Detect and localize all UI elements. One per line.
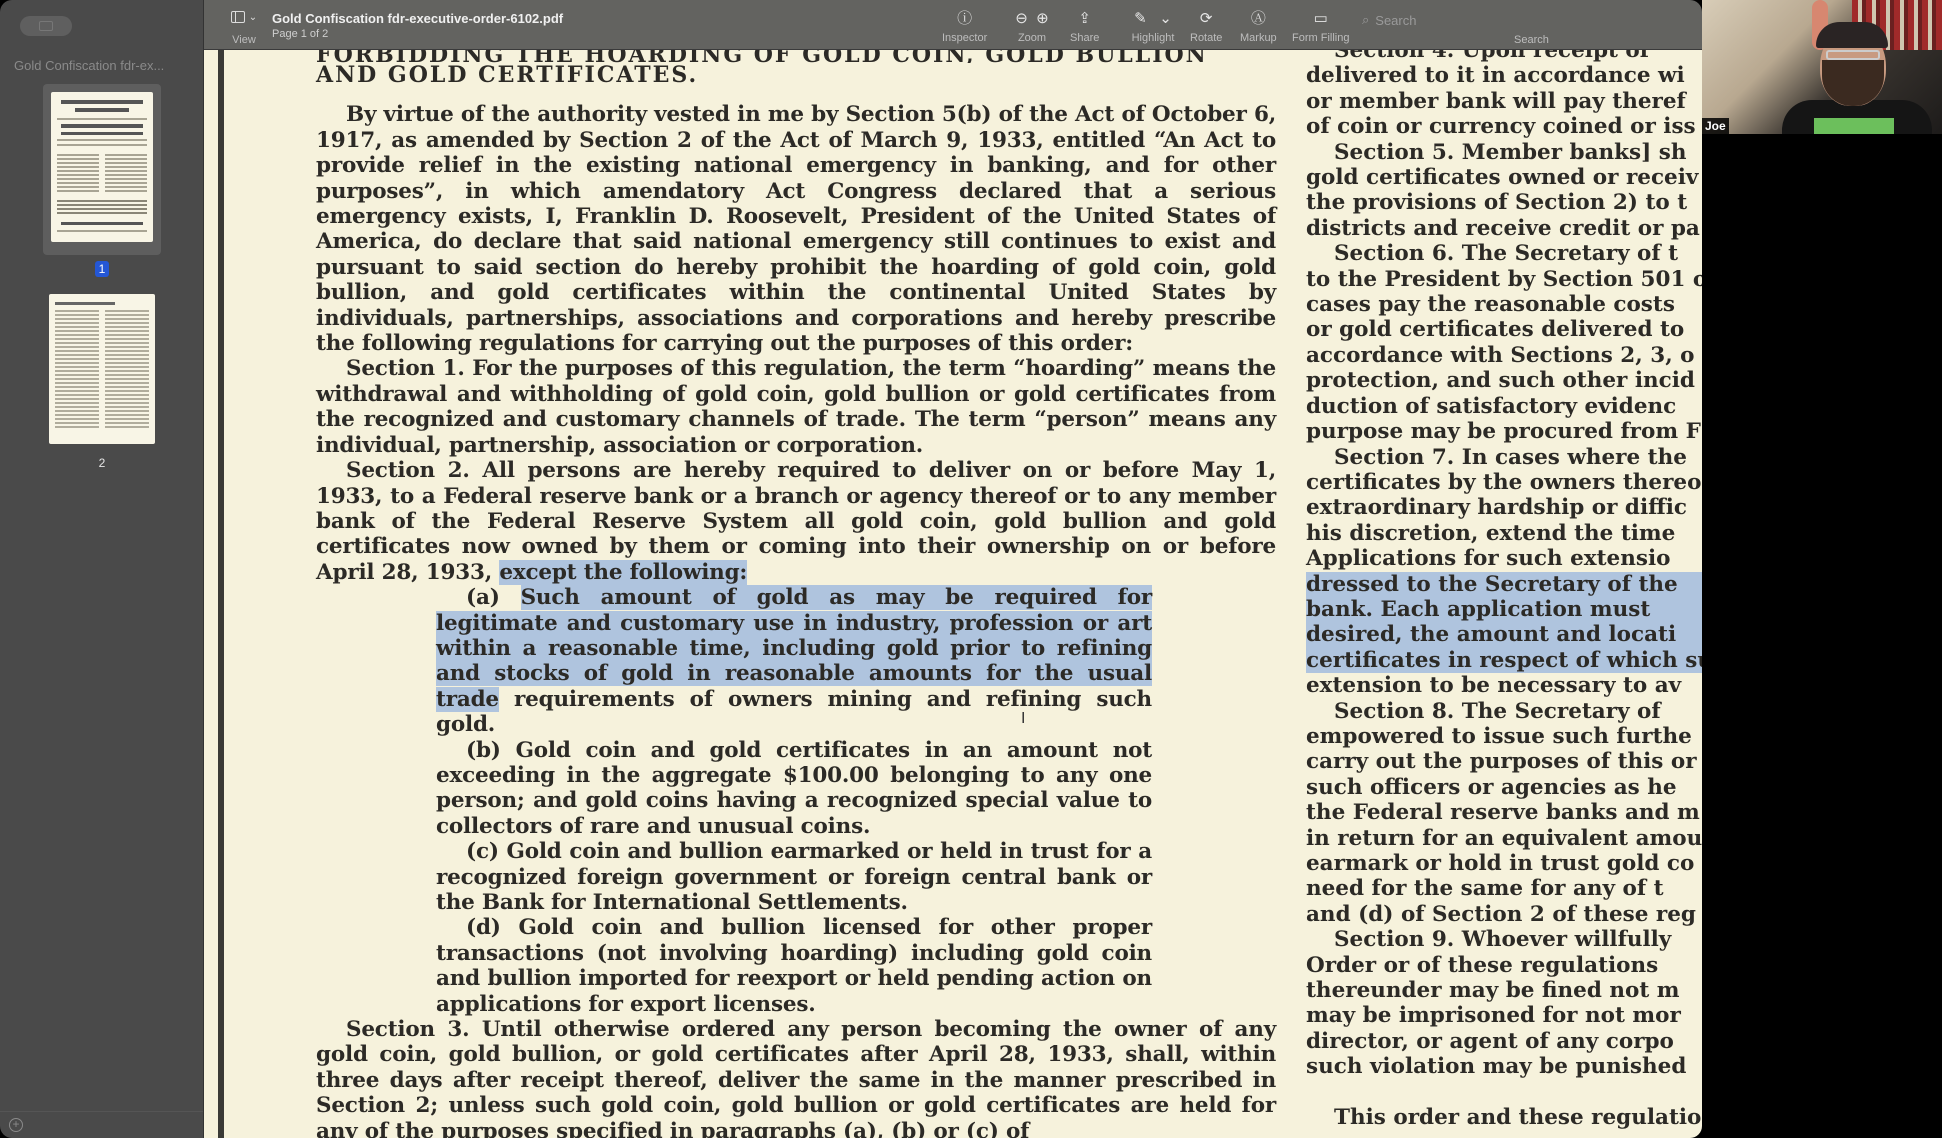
right-column-line: or gold certificates delivered to xyxy=(1306,317,1702,342)
right-column-line: extension to be necessary to av xyxy=(1306,673,1702,698)
right-column-line: thereunder may be fined not m xyxy=(1306,978,1702,1003)
page-number-badge: 1 xyxy=(95,261,110,277)
markup-button[interactable]: Ⓐ Markup xyxy=(1240,10,1277,44)
right-column-line: delivered to it in accordance wi xyxy=(1306,63,1702,88)
page-thumbnail-image xyxy=(49,294,155,444)
video-call-tile[interactable]: Joe xyxy=(1702,0,1942,134)
share-icon: ⇪ xyxy=(1070,10,1099,28)
right-column-line: protection, and such other incid xyxy=(1306,368,1702,393)
preamble-paragraph: By virtue of the authority vested in me … xyxy=(316,102,1276,356)
right-column-line: such violation may be punished xyxy=(1306,1054,1702,1079)
rotate-button[interactable]: ⟳ Rotate xyxy=(1190,10,1222,44)
right-column-line: Section 5. Member banks] sh xyxy=(1306,140,1702,165)
shirt-graphic xyxy=(1814,118,1894,134)
right-column-line: extraordinary hardship or diffic xyxy=(1306,495,1702,520)
right-column-line: desired, the amount and locati xyxy=(1306,622,1702,647)
sidebar-icon xyxy=(231,11,245,23)
highlighted-text[interactable]: except the following: xyxy=(499,560,747,585)
right-column-line: Section 8. The Secretary of xyxy=(1306,699,1702,724)
page-thumbnail-1[interactable]: 1 xyxy=(42,84,162,278)
right-column-line: earmark or hold in trust gold co xyxy=(1306,851,1702,876)
right-column-line: the Federal reserve banks and m xyxy=(1306,800,1702,825)
right-column-line: duction of satisfactory evidenc xyxy=(1306,394,1702,419)
thumbnail-sidebar: Gold Confiscation fdr-ex... 1 xyxy=(0,0,204,1138)
zoom-out-icon[interactable]: ⊖ xyxy=(1015,10,1028,27)
right-column-line: Section 4. Upon receipt of xyxy=(1306,50,1702,63)
toolbar: ⌄ View Gold Confiscation fdr-executive-o… xyxy=(204,0,1702,50)
right-column-line: carry out the purposes of this or xyxy=(1306,749,1702,774)
page-thumbnail-image xyxy=(51,92,153,242)
form-filling-icon: ▭ xyxy=(1292,10,1349,28)
page-thumbnail-2[interactable]: 2 xyxy=(42,294,162,472)
zoom-in-icon[interactable]: ⊕ xyxy=(1036,10,1049,27)
right-column-line: such officers or agencies as he xyxy=(1306,775,1702,800)
right-column-line: the provisions of Section 2) to t xyxy=(1306,190,1702,215)
search-field[interactable]: ⌕ Search xyxy=(1354,8,1684,32)
section-1: Section 1. For the purposes of this regu… xyxy=(316,356,1276,458)
right-column-line: certificates by the owners thereo xyxy=(1306,470,1702,495)
search-label: Search xyxy=(1514,34,1549,46)
video-panel-background xyxy=(1702,134,1942,1138)
page-border-rule xyxy=(218,50,224,1138)
right-column-line: director, or agent of any corpo xyxy=(1306,1029,1702,1054)
right-column-line: purpose may be procured from F xyxy=(1306,419,1702,444)
right-column-line: and (d) of Section 2 of these reg xyxy=(1306,902,1702,927)
info-icon: ⓘ xyxy=(942,10,987,28)
participant-cap xyxy=(1816,22,1888,48)
sidebar-document-name: Gold Confiscation fdr-ex... xyxy=(14,58,194,73)
highlight-button[interactable]: ✎ ⌄ Highlight xyxy=(1124,10,1182,44)
participant-glasses xyxy=(1826,50,1880,60)
right-column-line: accordance with Sections 2, 3, o xyxy=(1306,343,1702,368)
right-column-line: need for the same for any of t xyxy=(1306,876,1702,901)
plus-circle-icon[interactable]: + xyxy=(9,1118,23,1132)
section-2-item-b: (b) Gold coin and gold certificates in a… xyxy=(436,738,1152,840)
right-column-line: dressed to the Secretary of the xyxy=(1306,572,1702,597)
right-column-line: gold certificates owned or receiv xyxy=(1306,165,1702,190)
section-2-item-a: (a) Such amount of gold as may be requir… xyxy=(436,585,1152,737)
right-column-line: his discretion, extend the time xyxy=(1306,521,1702,546)
right-column-line: certificates in respect of which su xyxy=(1306,648,1702,673)
search-placeholder: Search xyxy=(1375,13,1416,28)
right-column-line: Section 9. Whoever willfully xyxy=(1306,927,1702,952)
right-column-line: cases pay the reasonable costs xyxy=(1306,292,1702,317)
rotate-icon: ⟳ xyxy=(1190,10,1222,28)
window-controls[interactable] xyxy=(20,16,72,36)
right-column-line: may be imprisoned for not mor xyxy=(1306,1003,1702,1028)
right-column-line: or member bank will pay theref xyxy=(1306,89,1702,114)
right-column-line: Section 6. The Secretary of t xyxy=(1306,241,1702,266)
view-label: View xyxy=(224,34,264,46)
right-column-line xyxy=(1306,1080,1702,1105)
section-3: Section 3. Until otherwise ordered any p… xyxy=(316,1017,1276,1138)
document-right-column: Section 4. Upon receipt ofdelivered to i… xyxy=(1306,50,1702,1130)
pdf-page-view[interactable]: FORBIDDING THE HOARDING OF GOLD COIN, GO… xyxy=(204,50,1702,1138)
zoom-control: ⊖ ⊕ Zoom xyxy=(1004,10,1060,44)
sidebar-toggle-icon xyxy=(39,21,53,31)
right-column-line: in return for an equivalent amou xyxy=(1306,826,1702,851)
inspector-button[interactable]: ⓘ Inspector xyxy=(942,10,987,44)
document-title: Gold Confiscation fdr-executive-order-61… xyxy=(272,11,563,26)
chevron-down-icon: ⌄ xyxy=(249,12,257,23)
participant-name-label: Joe xyxy=(1702,118,1729,134)
markup-pen-icon: Ⓐ xyxy=(1240,10,1277,28)
right-column-line: bank. Each application must xyxy=(1306,597,1702,622)
highlighter-pen-icon: ✎ xyxy=(1134,10,1147,27)
view-button[interactable]: ⌄ View xyxy=(224,10,264,46)
right-column-line: empowered to issue such furthe xyxy=(1306,724,1702,749)
sidebar-divider xyxy=(0,1111,203,1112)
section-2-item-d: (d) Gold coin and bullion licensed for o… xyxy=(436,915,1152,1017)
right-column-line: Section 7. In cases where the xyxy=(1306,445,1702,470)
section-2: Section 2. All persons are hereby requir… xyxy=(316,458,1276,585)
document-title-area: Gold Confiscation fdr-executive-order-61… xyxy=(272,11,563,40)
document-main-column: FORBIDDING THE HOARDING OF GOLD COIN, GO… xyxy=(316,50,1276,1138)
search-icon: ⌕ xyxy=(1362,12,1369,28)
share-button[interactable]: ⇪ Share xyxy=(1070,10,1099,44)
right-column-line: districts and receive credit or pa xyxy=(1306,216,1702,241)
form-filling-button[interactable]: ▭ Form Filling xyxy=(1292,10,1349,44)
highlight-menu-chevron-icon[interactable]: ⌄ xyxy=(1159,10,1172,27)
page-number-label: 2 xyxy=(95,455,110,471)
right-column-line: Applications for such extensio xyxy=(1306,546,1702,571)
right-column-line: Order or of these regulations xyxy=(1306,953,1702,978)
section-2-item-c: (c) Gold coin and bullion earmarked or h… xyxy=(436,839,1152,915)
right-column-line: This order and these regulatio xyxy=(1306,1105,1702,1130)
document-heading: AND GOLD CERTIFICATES. xyxy=(316,63,1276,88)
right-column-line: to the President by Section 501 o xyxy=(1306,267,1702,292)
text-cursor-icon: I xyxy=(1021,710,1023,728)
page-indicator: Page 1 of 2 xyxy=(272,28,563,40)
right-column-line: of coin or currency coined or iss xyxy=(1306,114,1702,139)
